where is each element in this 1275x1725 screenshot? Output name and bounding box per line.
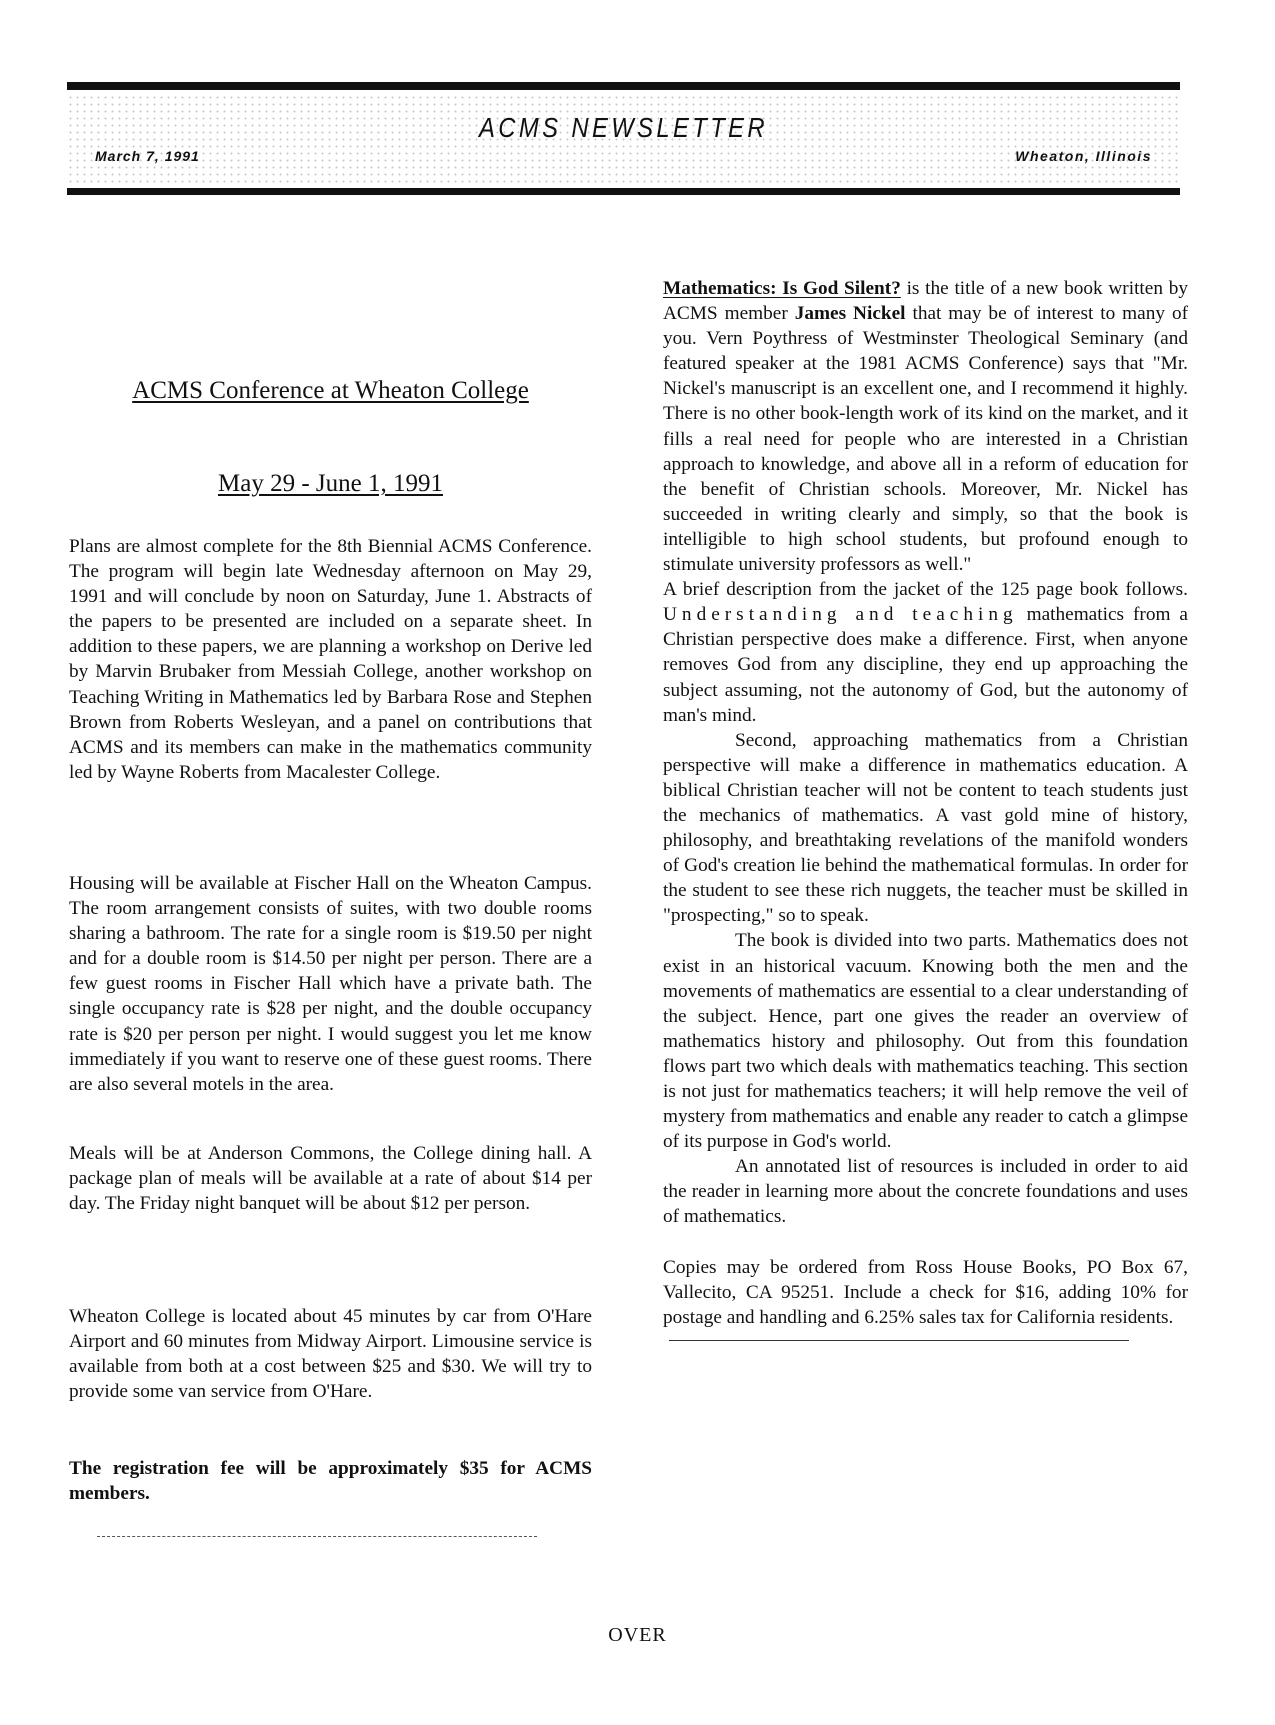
author-name: James Nickel [795, 303, 906, 324]
book-intro-paragraph: Mathematics: Is God Silent? is the title… [663, 276, 1188, 577]
description-lead: A brief description from the jacket of t… [663, 579, 1188, 600]
conference-headline: ACMS Conference at Wheaton College [69, 378, 592, 403]
housing-paragraph: Housing will be available at Fischer Hal… [69, 871, 592, 1097]
over-page-indicator: OVER [0, 1624, 1275, 1647]
travel-paragraph: Wheaton College is located about 45 minu… [69, 1304, 592, 1404]
section-divider [97, 1536, 537, 1537]
book-title: Mathematics: Is God Silent? [663, 278, 901, 299]
masthead-top-rule [67, 82, 1180, 90]
issue-location: Wheaton, Illinois [1015, 148, 1152, 164]
second-point-paragraph: Second, approaching mathematics from a C… [663, 728, 1188, 929]
issue-date: March 7, 1991 [95, 148, 200, 164]
jacket-description-paragraph: A brief description from the jacket of t… [663, 577, 1188, 728]
section-divider [669, 1340, 1129, 1341]
book-article: Mathematics: Is God Silent? is the title… [663, 276, 1188, 1330]
ordering-info-paragraph: Copies may be ordered from Ross House Bo… [663, 1255, 1188, 1330]
masthead: ACMS NEWSLETTER March 7, 1991 Wheaton, I… [67, 82, 1180, 194]
masthead-bottom-rule [67, 188, 1180, 195]
description-spaced: Understanding and teaching [663, 604, 1018, 625]
conference-dates: May 29 - June 1, 1991 [69, 471, 592, 496]
intro-text-2: that may be of interest to many of you. … [663, 303, 1188, 575]
program-paragraph: Plans are almost complete for the 8th Bi… [69, 534, 592, 785]
registration-fee-note: The registration fee will be approximate… [69, 1456, 592, 1506]
spacer [663, 1230, 1188, 1255]
newsletter-title: ACMS NEWSLETTER [150, 112, 1096, 144]
resources-paragraph: An annotated list of resources is includ… [663, 1154, 1188, 1229]
book-parts-paragraph: The book is divided into two parts. Math… [663, 928, 1188, 1154]
meals-paragraph: Meals will be at Anderson Commons, the C… [69, 1141, 592, 1216]
